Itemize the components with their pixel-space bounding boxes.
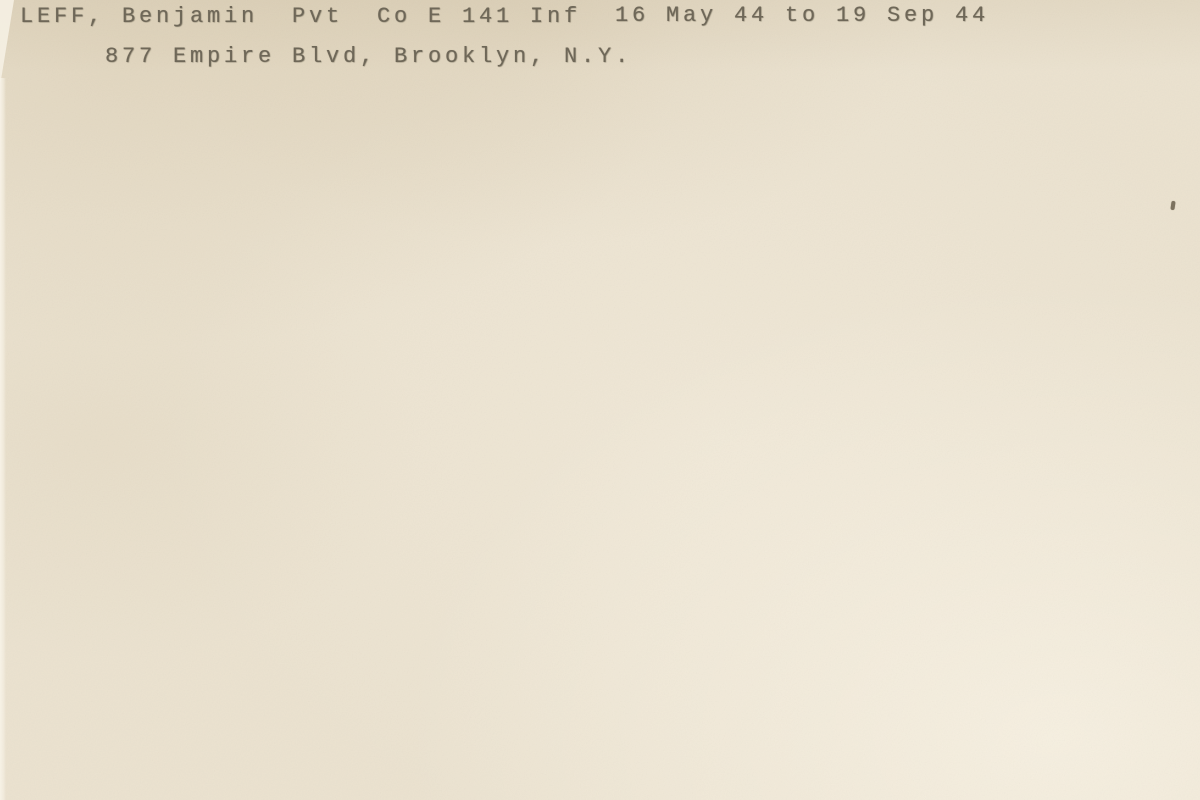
scan-edge-corner: [0, 0, 14, 86]
service-dates: 16 May 44 to 19 Sep 44: [615, 4, 989, 28]
index-card: LEFF, Benjamin Pvt Co E 141 Inf 16 May 4…: [0, 0, 1200, 800]
scan-edge-left: [0, 78, 6, 800]
soldier-name: LEFF, Benjamin: [20, 5, 258, 29]
soldier-unit: Co E 141 Inf: [377, 5, 581, 29]
soldier-rank: Pvt: [292, 5, 343, 29]
paper-texture: [0, 0, 1200, 800]
ink-speck: [1170, 201, 1175, 210]
soldier-address: 877 Empire Blvd, Brooklyn, N.Y.: [105, 45, 632, 69]
